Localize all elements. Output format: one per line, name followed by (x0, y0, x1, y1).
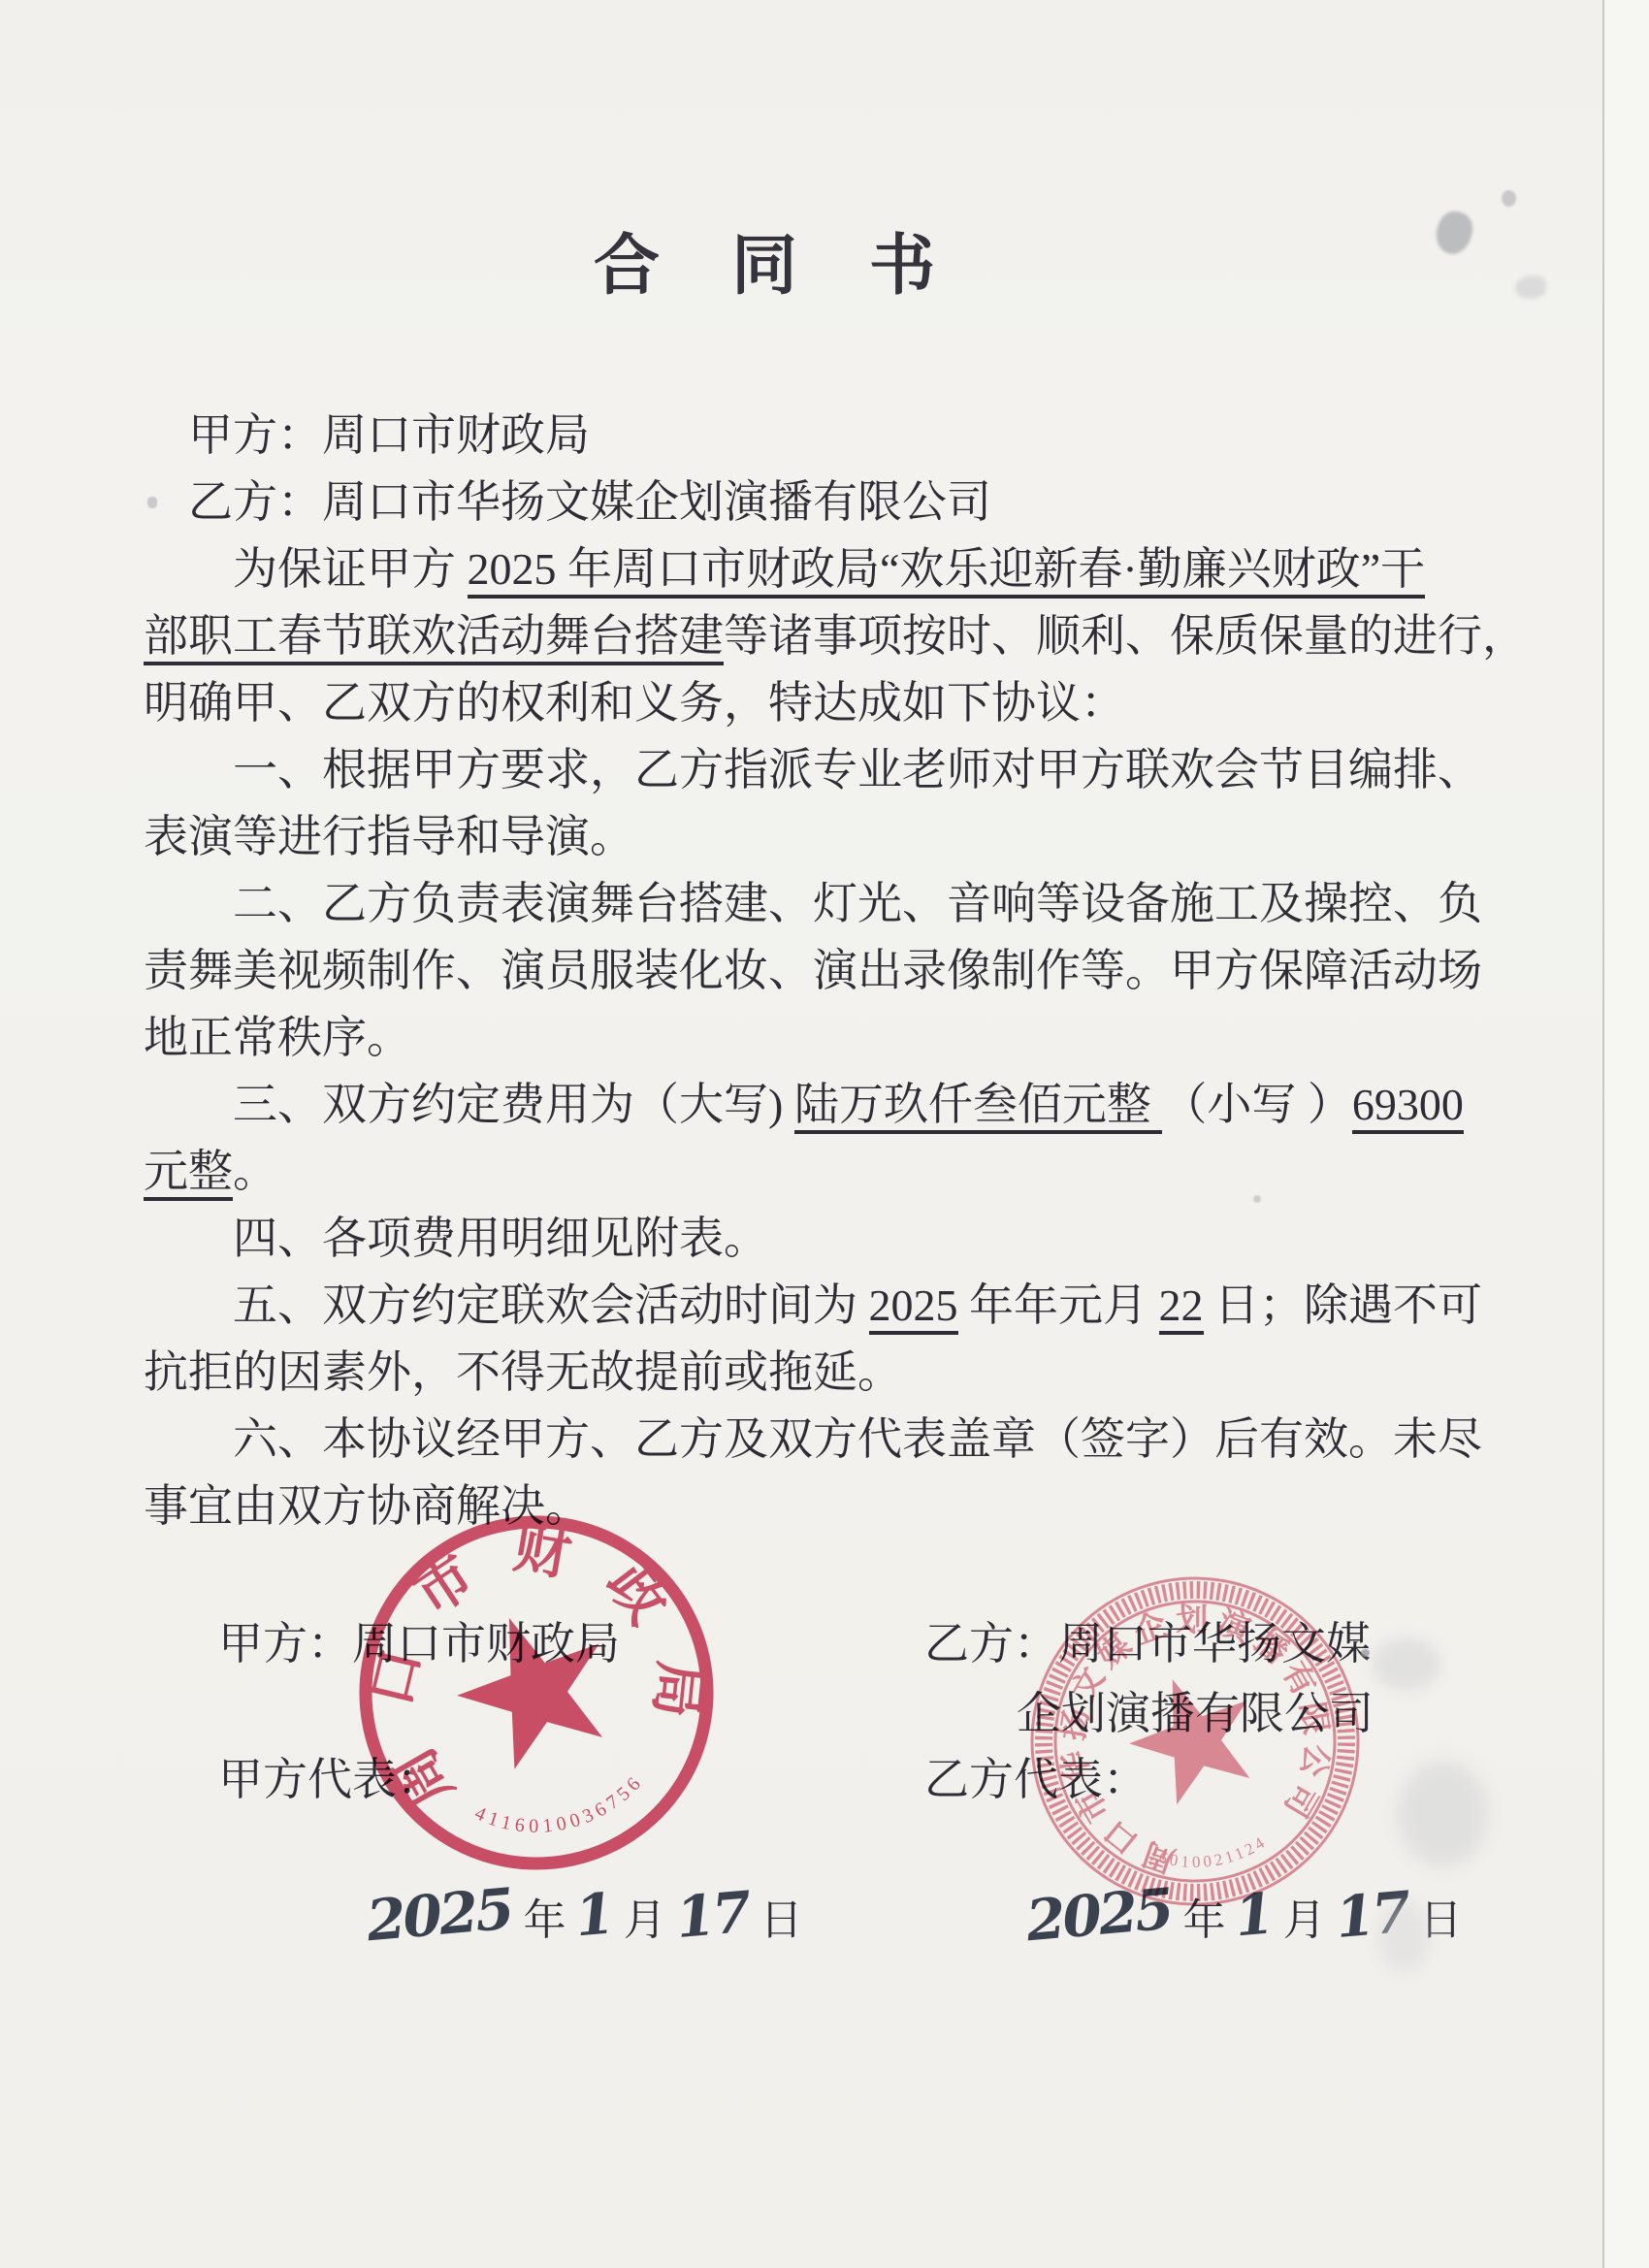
party-a-date-year: 2025 (365, 1880, 514, 1951)
contract-line: 责舞美视频制作、演员服装化妆、演出录像制作等。甲方保障活动场 (144, 937, 1531, 1004)
contract-line: 一、根据甲方要求，乙方指派专业老师对甲方联欢会节目编排、 (144, 736, 1531, 803)
scan-artifact (1515, 275, 1546, 299)
contract-line: 三、双方约定费用为（大写) 陆万玖仟叁佰元整 （小写 ）69300 (144, 1071, 1531, 1138)
contract-line: 六、本协议经甲方、乙方及双方代表盖章（签字）后有效。未尽 (144, 1406, 1531, 1473)
scan-artifact (1502, 190, 1516, 207)
scan-artifact (1431, 208, 1477, 259)
contract-line: 乙方：周口市华扬文媒企划演播有限公司 (144, 469, 1531, 535)
scan-page-edge (1602, 0, 1649, 2268)
star-icon (438, 1592, 630, 1779)
scan-artifact (1397, 1761, 1489, 1867)
contract-line: 地正常秩序。 (144, 1004, 1531, 1071)
contract-line: 甲方：周口市财政局 (144, 402, 1531, 469)
party-b-seal: 周口市华扬文媒企划演播有限公司 6010021124 (1020, 1567, 1370, 1916)
scan-artifact (1373, 1637, 1440, 1691)
contract-line: 二、乙方负责表演舞台搭建、灯光、音响等设备施工及操控、负 (144, 870, 1531, 937)
contract-body: 甲方：周口市财政局乙方：周口市华扬文媒企划演播有限公司为保证甲方 2025 年周… (144, 402, 1531, 1539)
contract-line: 四、各项费用明细见附表。 (144, 1205, 1531, 1272)
party-a-date-month: 1 (573, 1884, 614, 1945)
contract-line: 表演等进行指导和导演。 (144, 803, 1531, 870)
contract-line: 五、双方约定联欢会活动时间为 2025 年年元月 22 日；除遇不可 (144, 1272, 1531, 1339)
party-a-date-day: 17 (673, 1883, 751, 1947)
contract-line: 明确甲、乙双方的权利和义务，特达成如下协议： (144, 669, 1531, 736)
contract-line: 部职工春节联欢活动舞台搭建等诸事项按时、顺利、保质保量的进行， (144, 602, 1531, 669)
star-icon (1114, 1658, 1273, 1813)
contract-line: 抗拒的因素外，不得无故提前或拖延。 (144, 1339, 1531, 1406)
page-title: 合同书 (594, 213, 1007, 308)
party-a-date: 2025年1月17日 (367, 1886, 803, 1950)
contract-scan-page: 合同书 甲方：周口市财政局乙方：周口市华扬文媒企划演播有限公司为保证甲方 202… (0, 0, 1649, 2268)
contract-line: 为保证甲方 2025 年周口市财政局“欢乐迎新春·勤廉兴财政”干 (144, 535, 1531, 602)
contract-line: 元整。 (144, 1138, 1531, 1205)
party-a-seal: 周口市财政局 4116010036756 (347, 1504, 726, 1882)
